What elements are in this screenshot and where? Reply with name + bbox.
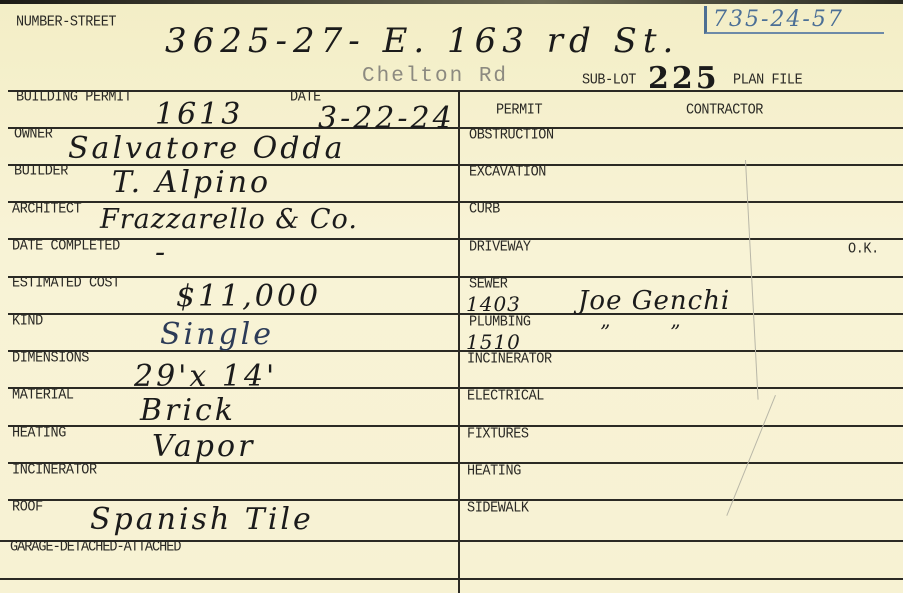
rule [8,313,903,315]
building-permit-card: NUMBER-STREET 3625-27- E. 163 rd St. 735… [0,0,903,593]
owner-value: Salvatore Odda [68,134,346,164]
date-completed-label: DATE COMPLETED [12,240,120,255]
permit-heating-label: HEATING [467,465,521,480]
material-label: MATERIAL [12,389,74,404]
date-completed-value: - [155,238,168,268]
permit-sewer-contractor: Joe Genchi [578,288,730,314]
builder-label: BUILDER [14,165,68,180]
building-permit-value: 1613 [155,100,243,130]
heating-label: HEATING [12,427,66,442]
rule [8,276,903,278]
card-top-edge [0,0,903,4]
architect-label: ARCHITECT [12,203,81,218]
garage-label: GARAGE-DETACHED-ATTACHED [10,541,180,556]
material-value: Brick [140,396,236,426]
sub-lot-value: 225 [648,64,720,94]
incinerator-label: INCINERATOR [12,464,97,479]
rule [8,90,903,92]
permit-obstruction-label: OBSTRUCTION [469,129,554,144]
permit-sewer-number: 1403 [466,294,521,314]
permit-curb-label: CURB [469,203,500,218]
number-street-label: NUMBER-STREET [16,16,116,31]
estimated-cost-label: ESTIMATED COST [12,277,120,292]
dimensions-value: 29'x 14' [134,362,277,392]
owner-label: OWNER [14,128,53,143]
rule [8,201,903,203]
rule [0,578,903,580]
rule [8,127,903,129]
permit-driveway-status: O.K. [848,243,879,258]
date-label: DATE [290,91,321,106]
pencil-mark [745,160,759,400]
permit-fixtures-label: FIXTURES [467,428,529,443]
permit-electrical-label: ELECTRICAL [467,390,544,405]
permit-sidewalk-label: SIDEWALK [467,502,529,517]
rule [8,462,903,464]
roof-label: ROOF [12,501,43,516]
kind-value: Single [160,320,274,350]
kind-label: KIND [12,315,43,330]
rule [8,350,903,352]
permit-plumbing-label: PLUMBING [469,316,531,331]
street-stamp: Chelton Rd [362,66,508,87]
dimensions-label: DIMENSIONS [12,352,89,367]
corner-stamp: 735-24-57 [704,6,884,34]
date-value: 3-22-24 [318,104,455,134]
permit-plumbing-contractor: ” ” [600,322,681,342]
roof-value: Spanish Tile [90,505,314,535]
building-permit-label: BUILDING PERMIT [16,91,132,106]
pencil-mark [726,395,776,516]
rule [8,238,903,240]
estimated-cost-value: $11,000 [176,282,321,312]
permit-plumbing-number: 1510 [466,332,521,352]
permit-incinerator-label: INCINERATOR [467,353,552,368]
permit-excavation-label: EXCAVATION [469,166,546,181]
number-street-value: 3625-27- E. 163 rd St. [165,24,679,58]
plan-file-label: PLAN FILE [733,74,802,89]
column-divider [458,90,460,593]
permit-driveway-label: DRIVEWAY [469,241,531,256]
contractor-header-label: CONTRACTOR [686,104,763,119]
sub-lot-label: SUB-LOT [582,74,636,89]
architect-value: Frazzarello & Co. [100,206,358,233]
permit-sewer-label: SEWER [469,278,508,293]
rule [8,499,903,501]
builder-value: T. Alpino [112,168,271,198]
heating-value: Vapor [152,432,255,462]
permit-header-label: PERMIT [496,104,542,119]
